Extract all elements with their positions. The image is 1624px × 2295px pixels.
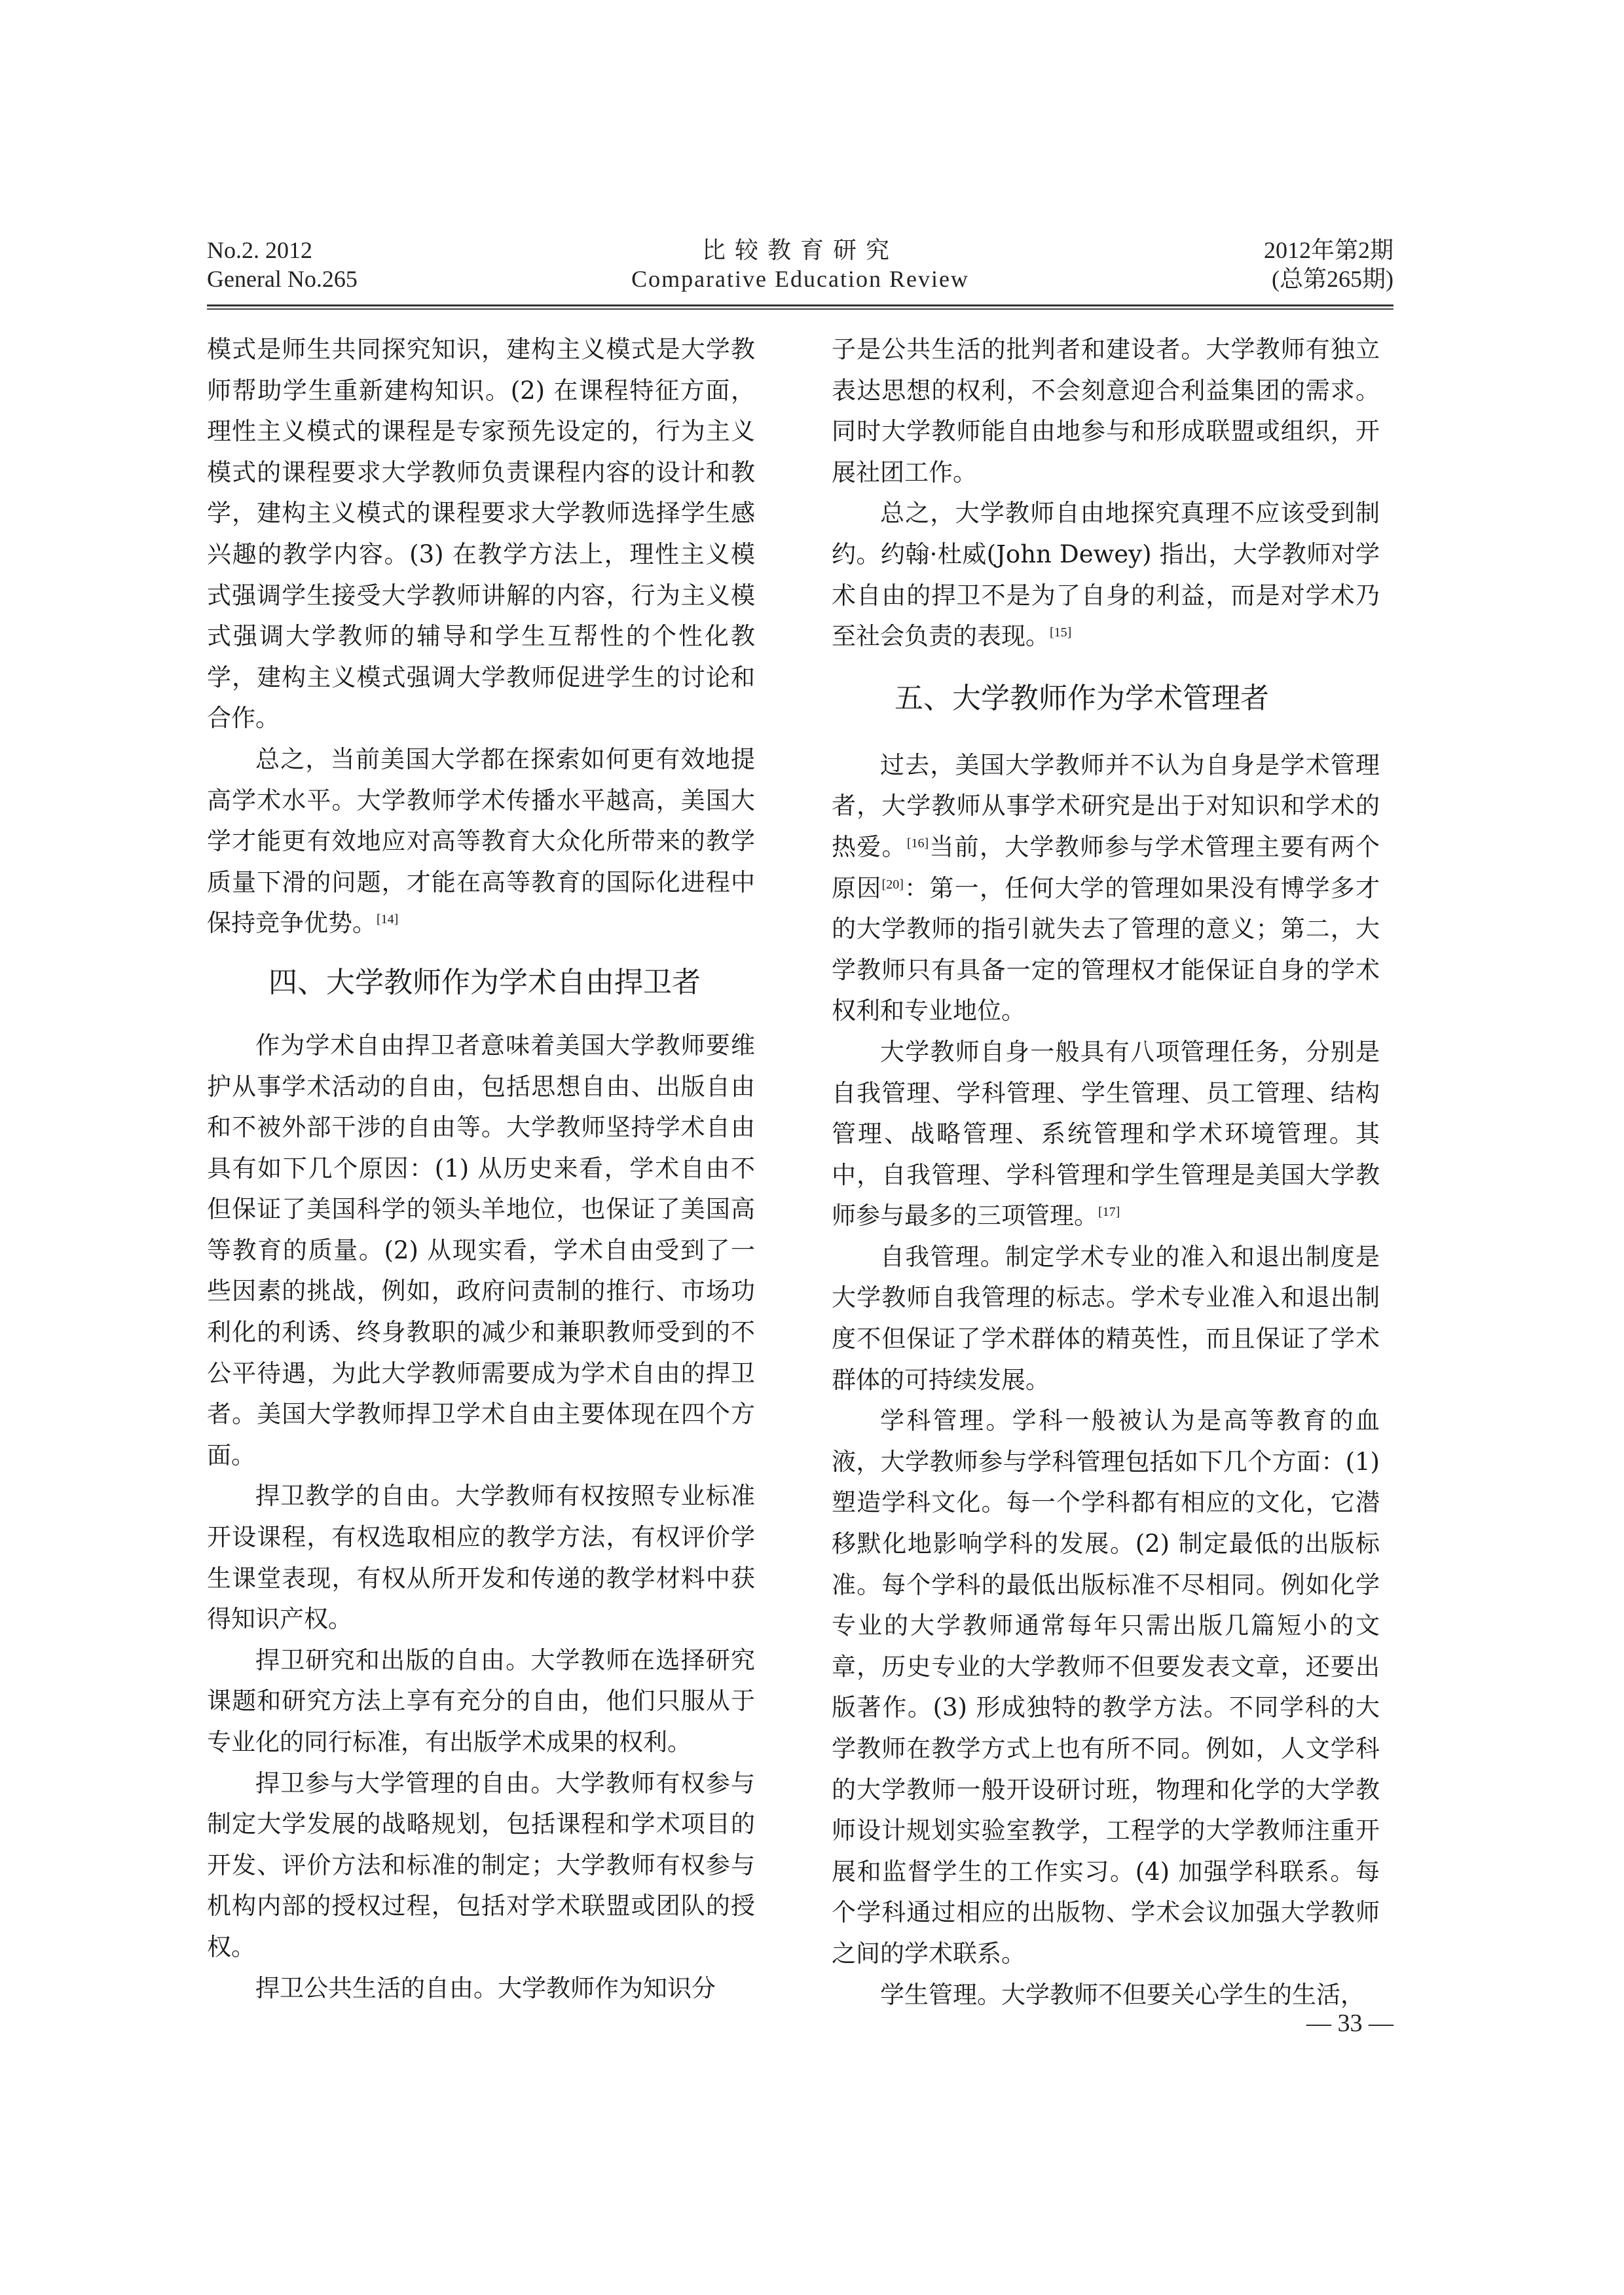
citation-ref: [17]: [1098, 1205, 1120, 1219]
paragraph: 捍卫教学的自由。大学教师有权按照专业标准开设课程，有权选取相应的教学方法，有权评…: [207, 1476, 755, 1640]
journal-title-english: Comparative Education Review: [207, 265, 1393, 293]
section-heading: 五、大学教师作为学术管理者: [832, 678, 1380, 719]
paragraph: 子是公共生活的批判者和建设者。大学教师有独立表达思想的权利，不会刻意迎合利益集团…: [832, 329, 1380, 493]
paragraph: 捍卫参与大学管理的自由。大学教师有权参与制定大学发展的战略规划，包括课程和学术项…: [207, 1763, 755, 1968]
running-header: No.2. 2012 General No.265 比较教育研究 Compara…: [207, 236, 1393, 314]
section-heading: 四、大学教师作为学术自由捍卫者: [207, 963, 755, 1003]
issue-number-chinese: 2012年第2期: [1264, 236, 1393, 265]
paragraph: 大学教师自身一般具有八项管理任务，分别是自我管理、学科管理、学生管理、员工管理、…: [832, 1032, 1380, 1237]
paragraph: 过去，美国大学教师并不认为自身是学术管理者，大学教师从事学术研究是出于对知识和学…: [832, 745, 1380, 1032]
paragraph: 学科管理。学科一般被认为是高等教育的血液，大学教师参与学科管理包括如下几个方面：…: [832, 1401, 1380, 1974]
paragraph-text: 总之，当前美国大学都在探索如何更有效地提高学术水平。大学教师学术传播水平越高，美…: [207, 745, 755, 937]
paragraph: 自我管理。制定学术专业的准入和退出制度是大学教师自我管理的标志。学术专业准入和退…: [832, 1237, 1380, 1401]
issue-info-right: 2012年第2期 (总第265期): [1264, 236, 1393, 293]
citation-ref: [20]: [882, 877, 904, 892]
paragraph-text: ：第一，任何大学的管理如果没有博学多才的大学教师的指引就失去了管理的意义；第二，…: [832, 874, 1380, 1025]
right-column: 子是公共生活的批判者和建设者。大学教师有独立表达思想的权利，不会刻意迎合利益集团…: [832, 329, 1380, 2015]
paragraph: 总之，大学教师自由地探究真理不应该受到制约。约翰·杜威(John Dewey) …: [832, 493, 1380, 657]
paragraph: 捍卫公共生活的自由。大学教师作为知识分: [207, 1968, 755, 2010]
paragraph: 捍卫研究和出版的自由。大学教师在选择研究课题和研究方法上享有充分的自由，他们只服…: [207, 1640, 755, 1763]
header-rule-thick: [207, 304, 1393, 306]
citation-ref: [14]: [377, 912, 398, 927]
paragraph: 总之，当前美国大学都在探索如何更有效地提高学术水平。大学教师学术传播水平越高，美…: [207, 739, 755, 944]
journal-title-chinese: 比较教育研究: [207, 236, 1393, 265]
citation-ref: [16]: [907, 836, 929, 851]
left-column: 模式是师生共同探究知识，建构主义模式是大学教师帮助学生重新建构知识。(2) 在课…: [207, 329, 755, 2009]
citation-ref: [15]: [1050, 625, 1071, 640]
header-rule-thin: [207, 308, 1393, 310]
page-number: — 33 —: [1087, 2009, 1393, 2038]
paragraph-text: 总之，大学教师自由地探究真理不应该受到制约。约翰·杜威(John Dewey) …: [832, 499, 1380, 650]
paragraph: 模式是师生共同探究知识，建构主义模式是大学教师帮助学生重新建构知识。(2) 在课…: [207, 329, 755, 739]
paragraph: 作为学术自由捍卫者意味着美国大学教师要维护从事学术活动的自由，包括思想自由、出版…: [207, 1025, 755, 1477]
journal-title: 比较教育研究 Comparative Education Review: [207, 236, 1393, 293]
general-number-chinese: (总第265期): [1264, 265, 1393, 293]
paragraph-text: 大学教师自身一般具有八项管理任务，分别是自我管理、学科管理、学生管理、员工管理、…: [832, 1038, 1380, 1230]
